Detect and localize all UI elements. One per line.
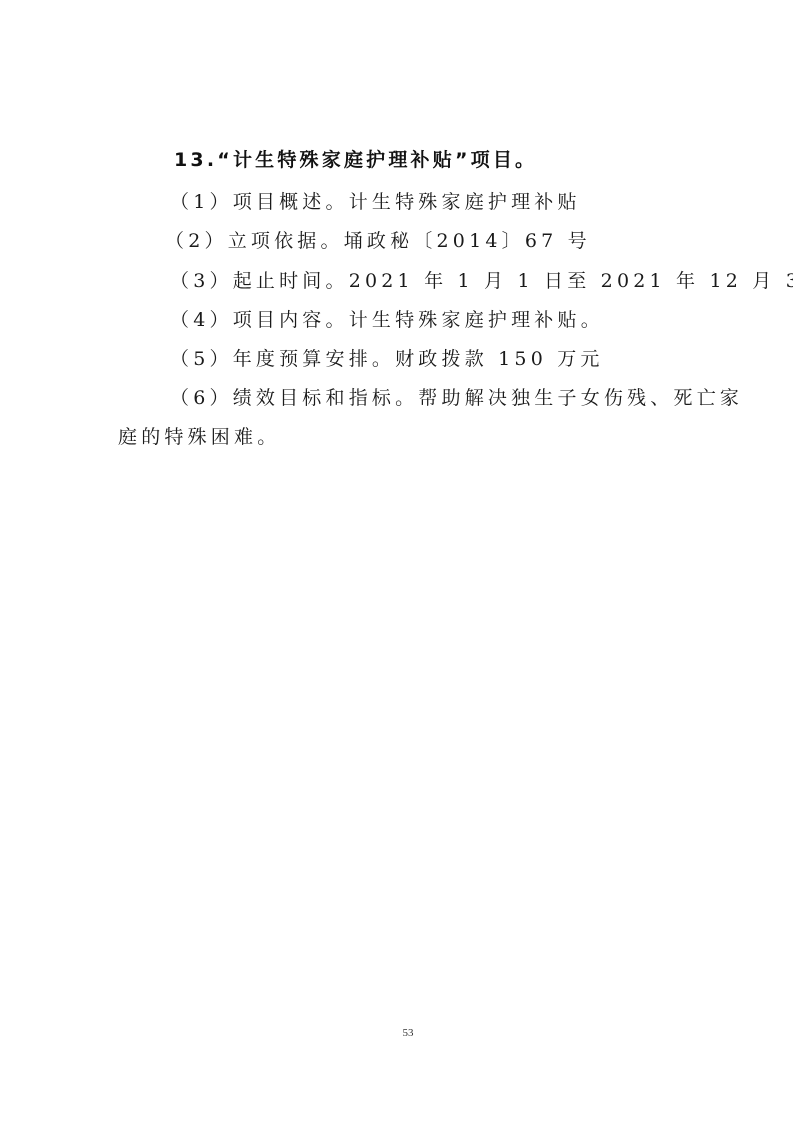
- document-page: 13.“计生特殊家庭护理补贴”项目。 （1）项目概述。计生特殊家庭护理补贴 （2…: [0, 0, 793, 1122]
- section-heading: 13.“计生特殊家庭护理补贴”项目。: [174, 148, 537, 172]
- item-budget: （5）年度预算安排。财政拨款 150 万元: [170, 347, 604, 371]
- item-basis: （2）立项依据。埇政秘〔2014〕67 号: [165, 229, 591, 253]
- item-performance-goals: （6）绩效目标和指标。帮助解决独生子女伤残、死亡家: [170, 386, 743, 410]
- item-performance-goals-continuation: 庭的特殊困难。: [118, 425, 280, 449]
- item-period: （3）起止时间。2021 年 1 月 1 日至 2021 年 12 月 31 日: [170, 269, 793, 293]
- page-number: 53: [396, 1027, 420, 1039]
- item-content: （4）项目内容。计生特殊家庭护理补贴。: [170, 308, 604, 332]
- item-overview: （1）项目概述。计生特殊家庭护理补贴: [170, 190, 581, 214]
